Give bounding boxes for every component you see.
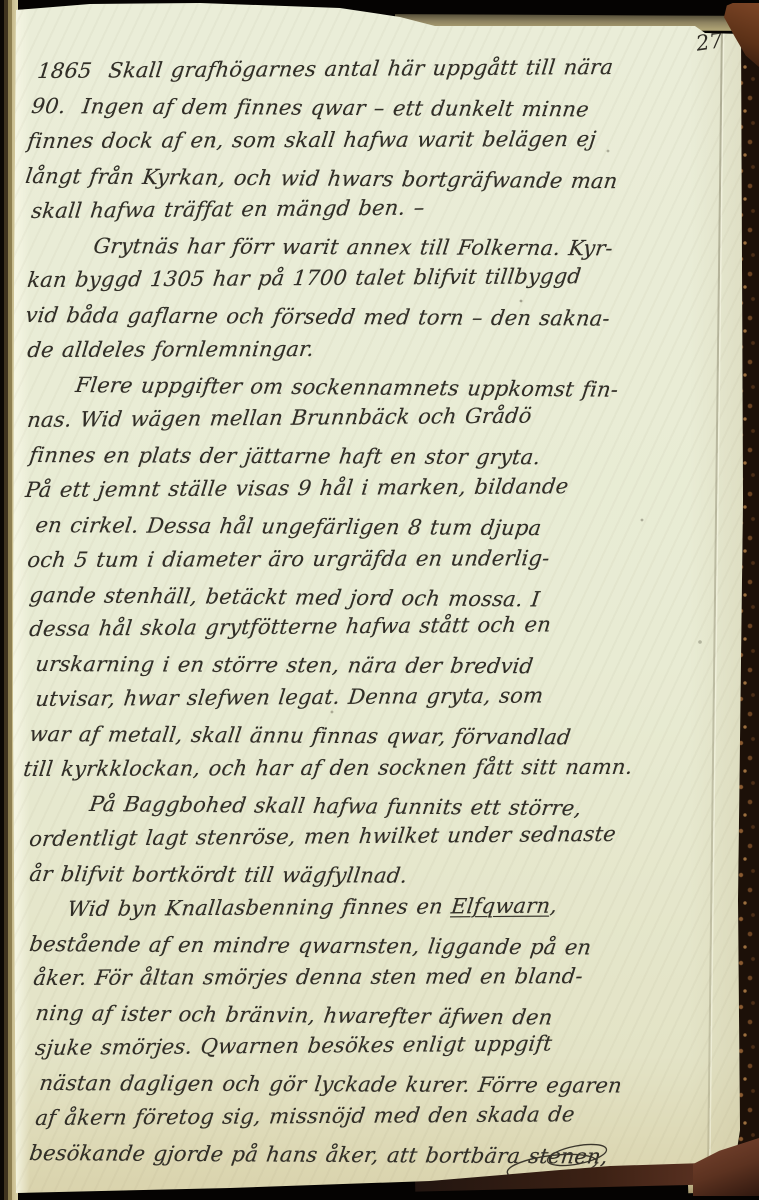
manuscript-line: urskarning i en större sten, nära der br… [34, 651, 535, 679]
manuscript-line: Wid byn Knallasbenning finnes en Elfqwar… [66, 893, 559, 922]
manuscript-line: ning af ister och bränvin, hwarefter äfw… [34, 1000, 554, 1031]
manuscript-line: en cirkel. Dessa hål ungefärligen 8 tum … [34, 512, 543, 541]
manuscript-line: nästan dagligen och gör lyckade kurer. F… [38, 1070, 624, 1099]
manuscript-line: 90. Ingen af dem finnes qwar – ett dunke… [30, 93, 591, 122]
manuscript-line: Grytnäs har förr warit annex till Folker… [92, 233, 615, 261]
handwritten-text: 1865 Skall grafhögarnes antal här uppgåt… [0, 0, 759, 1200]
manuscript-line: skall hafwa träffat en mängd ben. – [30, 195, 426, 224]
manuscript-line: gande stenhäll, betäckt med jord och mos… [28, 582, 541, 612]
manuscript-line: långt från Kyrkan, och wid hwars bortgrä… [24, 163, 619, 194]
manuscript-line: till kyrkklockan, och har af den socknen… [22, 754, 634, 782]
manuscript-line: år blifvit bortkördt till wägfyllnad. [28, 861, 409, 889]
manuscript-line: 1865 Skall grafhögarnes antal här uppgåt… [36, 54, 615, 84]
manuscript-line: sjuke smörjes. Qwarnen besökes enligt up… [34, 1030, 554, 1061]
manuscript-line: bestående af en mindre qwarnsten, liggan… [28, 931, 593, 960]
manuscript-line: dessa hål skola grytfötterne hafwa stått… [28, 611, 553, 642]
manuscript-page: 27 1865 Skall grafhögarnes antal här upp… [0, 0, 759, 1200]
manuscript-line: vid båda gaflarne och försedd med torn –… [24, 302, 612, 332]
manuscript-line: Flere uppgifter om sockennamnets uppkoms… [74, 372, 620, 403]
manuscript-line: war af metall, skall ännu finnas qwar, f… [28, 721, 572, 750]
manuscript-line: nas. Wid wägen mellan Brunnbäck och Gråd… [26, 403, 533, 433]
manuscript-line: de alldeles fornlemningar. [26, 336, 316, 363]
manuscript-line: åker. För åltan smörjes denna sten med e… [32, 963, 584, 991]
manuscript-line: På Baggbohed skall hafwa funnits ett stö… [88, 791, 583, 821]
manuscript-line: af åkern företog sig, missnöjd med den s… [34, 1101, 576, 1131]
manuscript-line: finnes dock af en, som skall hafwa warit… [26, 126, 598, 154]
manuscript-line: och 5 tum i diameter äro urgräfda en und… [26, 545, 551, 573]
manuscript-line: utvisar, hwar slefwen legat. Denna gryta… [34, 682, 545, 712]
manuscript-line: På ett jemnt ställe visas 9 hål i marken… [24, 473, 570, 503]
book-photograph: 27 1865 Skall grafhögarnes antal här upp… [0, 0, 759, 1200]
manuscript-line: kan byggd 1305 har på 1700 talet blifvit… [26, 263, 583, 293]
manuscript-line: ordentligt lagt stenröse, men hwilket un… [28, 821, 617, 852]
manuscript-line: finnes en plats der jättarne haft en sto… [28, 442, 542, 470]
